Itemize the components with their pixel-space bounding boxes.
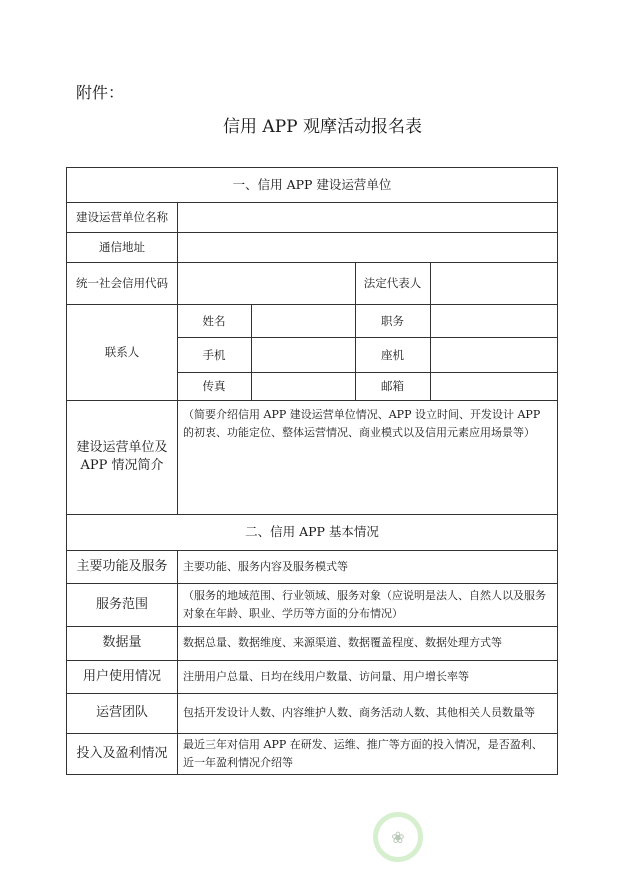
attachment-label: 附件： (76, 80, 124, 103)
contact-label: 联系人 (67, 304, 177, 400)
ops-team-label: 运营团队 (67, 693, 177, 733)
address-label: 通信地址 (67, 232, 177, 262)
org-name-label: 建设运营单位名称 (67, 202, 177, 232)
contact-fax-label: 传真 (177, 372, 251, 400)
contact-mobile-label: 手机 (177, 337, 251, 372)
data-volume-field[interactable]: 数据总量、数据维度、来源渠道、数据覆盖程度、数据处理方式等 (177, 626, 557, 660)
contact-landline-label: 座机 (355, 337, 430, 372)
user-usage-label: 用户使用情况 (67, 660, 177, 693)
contact-name-label: 姓名 (177, 304, 251, 337)
contact-fax-field[interactable] (251, 372, 355, 400)
contact-position-label: 职务 (355, 304, 430, 337)
form-title: 信用 APP 观摩活动报名表 (0, 112, 625, 137)
leaf-seal-icon: ❀ (373, 812, 423, 862)
main-function-label: 主要功能及服务 (67, 550, 177, 583)
ops-team-field[interactable]: 包括开发设计人数、内容维护人数、商务活动人数、其他相关人员数量等 (177, 693, 557, 733)
section2-title: 二、信用 APP 基本情况 (67, 514, 557, 550)
intro-label-line1: 建设运营单位及 (76, 439, 167, 457)
intro-label-line2: APP 情况简介 (80, 457, 163, 475)
main-function-field[interactable]: 主要功能、服务内容及服务模式等 (177, 550, 557, 583)
contact-position-field[interactable] (430, 304, 557, 337)
intro-field[interactable]: （简要介绍信用 APP 建设运营单位情况、APP 设立时间、开发设计 APP 的… (177, 400, 557, 514)
service-scope-field[interactable]: （服务的地域范围、行业领域、服务对象（应说明是法人、自然人以及服务对象在年龄、职… (177, 583, 557, 626)
contact-email-label: 邮箱 (355, 372, 430, 400)
investment-profit-field[interactable]: 最近三年对信用 APP 在研发、运维、推广等方面的投入情况，是否盈利、近一年盈利… (177, 733, 557, 774)
contact-email-field[interactable] (430, 372, 557, 400)
service-scope-label: 服务范围 (67, 583, 177, 626)
data-volume-label: 数据量 (67, 626, 177, 660)
contact-mobile-field[interactable] (251, 337, 355, 372)
section1-title: 一、信用 APP 建设运营单位 (67, 168, 557, 202)
legal-rep-label: 法定代表人 (355, 262, 430, 304)
credit-code-label: 统一社会信用代码 (67, 262, 177, 304)
address-field[interactable] (177, 232, 557, 262)
credit-code-field[interactable] (177, 262, 355, 304)
contact-landline-field[interactable] (430, 337, 557, 372)
investment-profit-label: 投入及盈利情况 (67, 733, 177, 774)
user-usage-field[interactable]: 注册用户总量、日均在线用户数量、访问量、用户增长率等 (177, 660, 557, 693)
registration-table: 一、信用 APP 建设运营单位 建设运营单位名称 通信地址 统一社会信用代码 法… (66, 167, 558, 775)
org-name-field[interactable] (177, 202, 557, 232)
contact-name-field[interactable] (251, 304, 355, 337)
intro-label: 建设运营单位及 APP 情况简介 (67, 400, 177, 514)
legal-rep-field[interactable] (430, 262, 557, 304)
